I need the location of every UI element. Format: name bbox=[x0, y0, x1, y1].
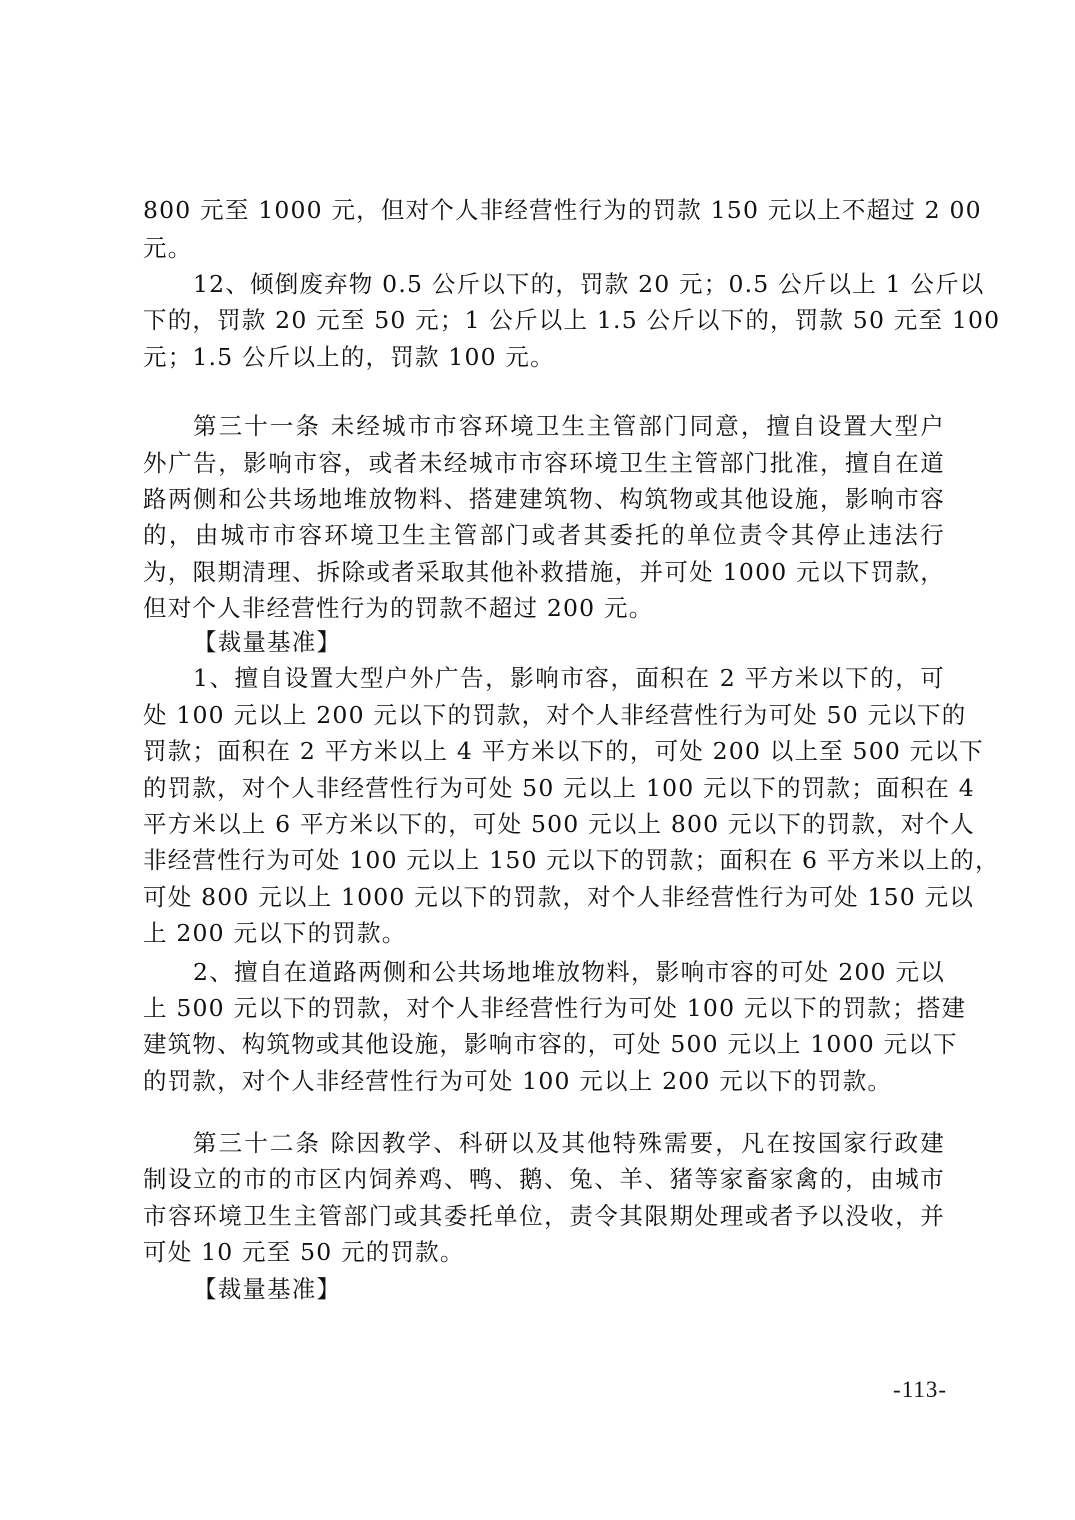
item-2-line: 2、擅自在道路两侧和公共场地堆放物料，影响市容的可处 200 元以 bbox=[143, 955, 945, 989]
article-31-line: 的，由城市市容环境卫生主管部门或者其委托的单位责令其停止违法行 bbox=[143, 518, 945, 552]
item-1-line: 1、擅自设置大型户外广告，影响市容，面积在 2 平方米以下的，可 bbox=[143, 661, 945, 695]
item-12-line: 下的，罚款 20 元至 50 元；1 公斤以上 1.5 公斤以下的，罚款 50 … bbox=[143, 303, 945, 337]
article-32-line: 市容环境卫生主管部门或其委托单位，责令其限期处理或者予以没收，并 bbox=[143, 1199, 945, 1233]
item-12-line: 12、倾倒废弃物 0.5 公斤以下的，罚款 20 元；0.5 公斤以上 1 公斤… bbox=[143, 267, 945, 301]
article-31-line: 第三十一条 未经城市市容环境卫生主管部门同意，擅自设置大型户 bbox=[143, 409, 945, 443]
paragraph-line: 800 元至 1000 元，但对个人非经营性行为的罚款 150 元以上不超过 2… bbox=[143, 193, 945, 227]
article-31-line: 但对个人非经营性行为的罚款不超过 200 元。 bbox=[143, 591, 945, 625]
item-2-line: 的罚款，对个人非经营性行为可处 100 元以上 200 元以下的罚款。 bbox=[143, 1064, 945, 1098]
item-1-line: 处 100 元以上 200 元以下的罚款，对个人非经营性行为可处 50 元以下的 bbox=[143, 698, 945, 732]
item-1-line: 非经营性行为可处 100 元以上 150 元以下的罚款；面积在 6 平方米以上的… bbox=[143, 843, 945, 877]
paragraph-line: 元。 bbox=[143, 231, 945, 265]
discretion-standard-heading: 【裁量基准】 bbox=[143, 625, 945, 659]
item-1-line: 罚款；面积在 2 平方米以上 4 平方米以下的，可处 200 以上至 500 元… bbox=[143, 734, 945, 768]
article-32-line: 第三十二条 除因教学、科研以及其他特殊需要，凡在按国家行政建 bbox=[143, 1126, 945, 1160]
item-1-line: 平方米以上 6 平方米以下的，可处 500 元以上 800 元以下的罚款，对个人 bbox=[143, 807, 945, 841]
item-2-line: 上 500 元以下的罚款，对个人非经营性行为可处 100 元以下的罚款；搭建 bbox=[143, 991, 945, 1025]
item-1-line: 可处 800 元以上 1000 元以下的罚款，对个人非经营性行为可处 150 元… bbox=[143, 880, 945, 914]
item-2-line: 建筑物、构筑物或其他设施，影响市容的，可处 500 元以上 1000 元以下 bbox=[143, 1027, 945, 1061]
article-32-line: 可处 10 元至 50 元的罚款。 bbox=[143, 1235, 945, 1269]
item-12-line: 元；1.5 公斤以上的，罚款 100 元。 bbox=[143, 340, 945, 374]
article-31-line: 路两侧和公共场地堆放物料、搭建建筑物、构筑物或其他设施，影响市容 bbox=[143, 482, 945, 516]
discretion-standard-heading: 【裁量基准】 bbox=[143, 1272, 945, 1306]
page-number: -113- bbox=[893, 1377, 947, 1403]
article-32-line: 制设立的市的市区内饲养鸡、鸭、鹅、兔、羊、猪等家畜家禽的，由城市 bbox=[143, 1162, 945, 1196]
article-31-line: 外广告，影响市容，或者未经城市市容环境卫生主管部门批准，擅自在道 bbox=[143, 446, 945, 480]
item-1-line: 上 200 元以下的罚款。 bbox=[143, 916, 945, 950]
item-1-line: 的罚款，对个人非经营性行为可处 50 元以上 100 元以下的罚款；面积在 4 bbox=[143, 771, 945, 805]
article-31-line: 为，限期清理、拆除或者采取其他补救措施，并可处 1000 元以下罚款， bbox=[143, 555, 945, 589]
